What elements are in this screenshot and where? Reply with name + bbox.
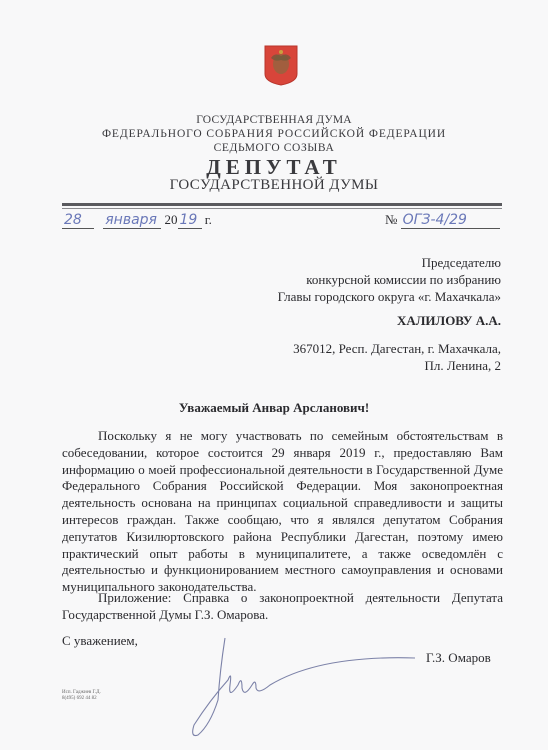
- signer-name: Г.З. Омаров: [426, 650, 491, 666]
- header-rule-thick: [62, 203, 502, 206]
- header-subtitle: ГОСУДАРСТВЕННОЙ ДУМЫ: [0, 177, 548, 194]
- addressee-block: Председателю конкурсной комиссии по избр…: [278, 254, 501, 305]
- date-year-suffix: 19: [178, 212, 202, 229]
- executor-phone: 8(495) 692 44 82: [62, 696, 101, 702]
- addressee-name: ХАЛИЛОВУ А.А.: [397, 312, 501, 329]
- date-month: января: [103, 212, 161, 229]
- date-day: 28: [62, 212, 94, 229]
- address-line-2: Пл. Ленина, 2: [293, 357, 501, 374]
- greeting: Уважаемый Анвар Арсланович!: [0, 400, 548, 416]
- addressee-line-1: Председателю: [278, 254, 501, 271]
- coat-of-arms-icon: [263, 44, 299, 86]
- header-rule-thin: [62, 208, 502, 209]
- header-line-1: ГОСУДАРСТВЕННАЯ ДУМА: [0, 114, 548, 126]
- closing: С уважением,: [62, 633, 138, 649]
- addressee-line-2: конкурсной комиссии по избранию: [278, 271, 501, 288]
- addressee-line-3: Главы городского округа «г. Махачкала»: [278, 288, 501, 305]
- letter-date: 28 января 2019 г.: [62, 212, 212, 229]
- body-paragraph-1: Поскольку я не могу участвовать по семей…: [62, 428, 503, 596]
- executor-info: Исп. Гаджиев Г.Д. 8(495) 692 44 82: [62, 690, 101, 702]
- number-value: ОГЗ-4/29: [401, 212, 500, 229]
- letter-number: № ОГЗ-4/29: [385, 212, 500, 229]
- date-suffix: г.: [205, 212, 212, 227]
- addressee-address: 367012, Респ. Дагестан, г. Махачкала, Пл…: [293, 340, 501, 374]
- body-paragraph-2: Приложение: Справка о законопроектной де…: [62, 590, 503, 624]
- letter-page: ГОСУДАРСТВЕННАЯ ДУМА ФЕДЕРАЛЬНОГО СОБРАН…: [0, 0, 548, 750]
- number-label: №: [385, 212, 397, 227]
- header-line-2: ФЕДЕРАЛЬНОГО СОБРАНИЯ РОССИЙСКОЙ ФЕДЕРАЦ…: [0, 128, 548, 140]
- date-year-prefix: 20: [165, 212, 178, 227]
- header-line-3: СЕДЬМОГО СОЗЫВА: [0, 142, 548, 154]
- signature-icon: [180, 630, 430, 740]
- address-line-1: 367012, Респ. Дагестан, г. Махачкала,: [293, 340, 501, 357]
